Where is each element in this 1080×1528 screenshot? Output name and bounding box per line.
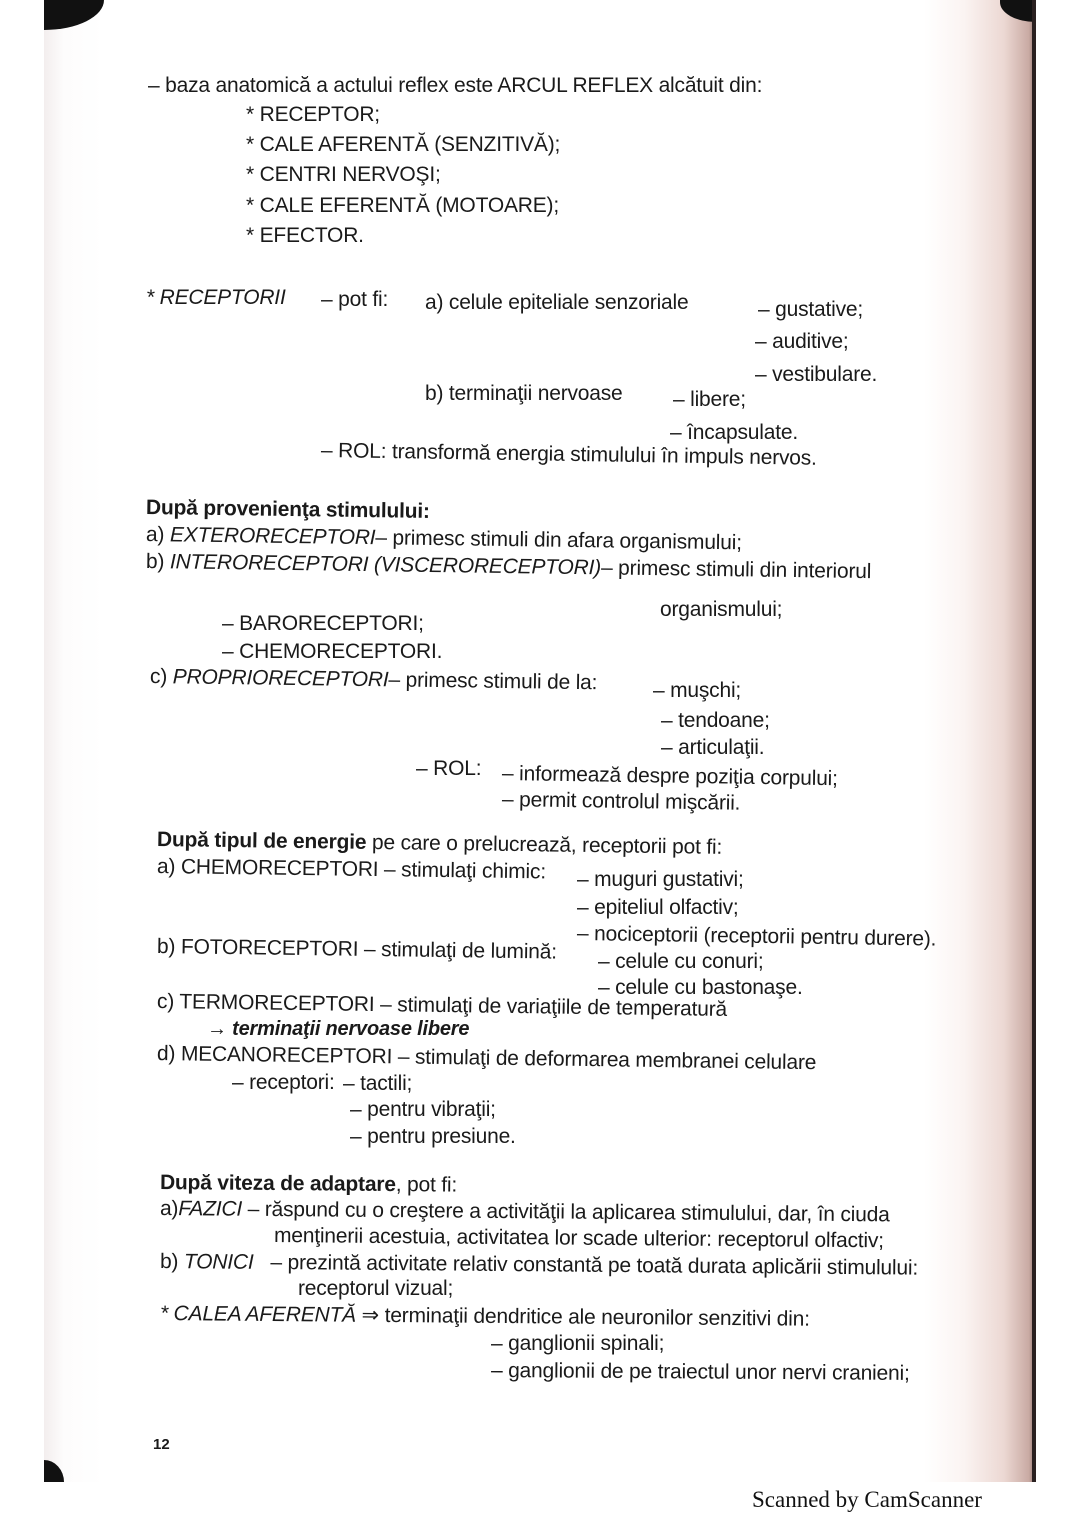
- term-desc: ⇒ terminaţii dendritice ale neuronilor s…: [356, 1304, 810, 1331]
- receptor-subtype: – vestibulare.: [755, 363, 877, 387]
- ganglion-item: – ganglionii spinali;: [491, 1332, 664, 1356]
- chemo-item: – muguri gustativi;: [577, 868, 744, 892]
- arc-component: * CALE AFERENTĂ (SENZITIVĂ);: [246, 133, 560, 157]
- mecano-item: – pentru presiune.: [350, 1125, 516, 1149]
- mecano-item: – tactili;: [343, 1072, 412, 1096]
- receptor-type-b: b) terminaţii nervoase: [425, 382, 623, 406]
- term: PROPRIORECEPTORI: [173, 665, 389, 691]
- heading-bold: După tipul de energie: [157, 828, 367, 854]
- term-desc: – prezintă activitate relativ constantă …: [270, 1251, 918, 1280]
- heading-rest: pe care o prelucrează, receptorii pot fi…: [366, 831, 722, 859]
- receptorii-heading: * RECEPTORII: [146, 286, 286, 310]
- mecano-item: – pentru vibraţii;: [350, 1098, 496, 1122]
- term: EXTERORECEPTORI: [170, 523, 376, 549]
- scan-edge: [1032, 0, 1036, 1482]
- interoreceptor-type: – CHEMORECEPTORI.: [222, 640, 442, 664]
- arc-component: * CENTRI NERVOŞI;: [246, 163, 441, 187]
- receptor-subtype: – auditive;: [755, 330, 849, 354]
- term: TONICI: [184, 1250, 254, 1274]
- section-heading-adaptare: După viteza de adaptare, pot fi:: [160, 1171, 457, 1198]
- intro-line: – baza anatomică a actului reflex este A…: [148, 74, 762, 98]
- proprio-rol-item: – permit controlul mişcării.: [502, 788, 741, 816]
- scanner-watermark: Scanned by CamScanner: [752, 1487, 982, 1513]
- term-desc-cont: organismului;: [660, 598, 782, 622]
- stimulus-source: – tendoane;: [661, 709, 770, 733]
- proprio-rol-label: – ROL:: [416, 757, 481, 781]
- term: FAZICI: [178, 1197, 242, 1221]
- term: * CALEA AFERENTĂ: [160, 1302, 356, 1327]
- item-prefix: a): [160, 1197, 178, 1220]
- arc-component: * RECEPTOR;: [246, 103, 380, 127]
- foto-item: – celule cu conuri;: [598, 950, 763, 974]
- interoreceptor-type: – BARORECEPTORI;: [222, 612, 424, 636]
- receptor-subtype: – gustative;: [758, 298, 863, 322]
- termo-note: → terminaţii nervoase libere: [207, 1018, 469, 1041]
- heading-rest: , pot fi:: [396, 1173, 457, 1197]
- arc-component: * CALE EFERENTĂ (MOTOARE);: [246, 194, 559, 218]
- term: INTERORECEPTORI (VISCERORECEPTORI): [170, 550, 601, 579]
- stimulus-source: – muşchi;: [653, 679, 741, 703]
- term-desc: – primesc stimuli din afara organismului…: [375, 526, 742, 554]
- page-number: 12: [153, 1436, 170, 1453]
- receptor-type-a: a) celule epiteliale senzoriale: [425, 291, 688, 315]
- section-heading-provenienta: După provenienţa stimulului:: [146, 496, 430, 524]
- stimulus-source: – articulaţii.: [661, 736, 764, 760]
- item-prefix: b): [160, 1250, 184, 1273]
- mecano-label: – receptori:: [232, 1071, 335, 1095]
- ganglion-item: – ganglionii de pe traiectul unor nervi …: [491, 1359, 910, 1386]
- item-prefix: b): [146, 550, 170, 573]
- item-prefix: a): [146, 523, 170, 546]
- item-prefix: c): [150, 665, 173, 688]
- term-desc: – primesc stimuli de la:: [388, 668, 597, 694]
- term-desc: – primesc stimuli din interiorul: [601, 556, 871, 583]
- pot-fi: – pot fi:: [321, 288, 388, 312]
- chemo-item: – epiteliul olfactiv;: [577, 896, 739, 920]
- receptor-subtype: – libere;: [673, 388, 746, 412]
- term-desc: – răspund cu o creştere a activităţii la…: [248, 1198, 890, 1227]
- heading-bold: După viteza de adaptare: [160, 1171, 396, 1196]
- receptor-subtype: – încapsulate.: [670, 421, 798, 445]
- term-desc-cont: receptorul vizual;: [298, 1277, 453, 1301]
- arc-component: * EFECTOR.: [246, 224, 364, 248]
